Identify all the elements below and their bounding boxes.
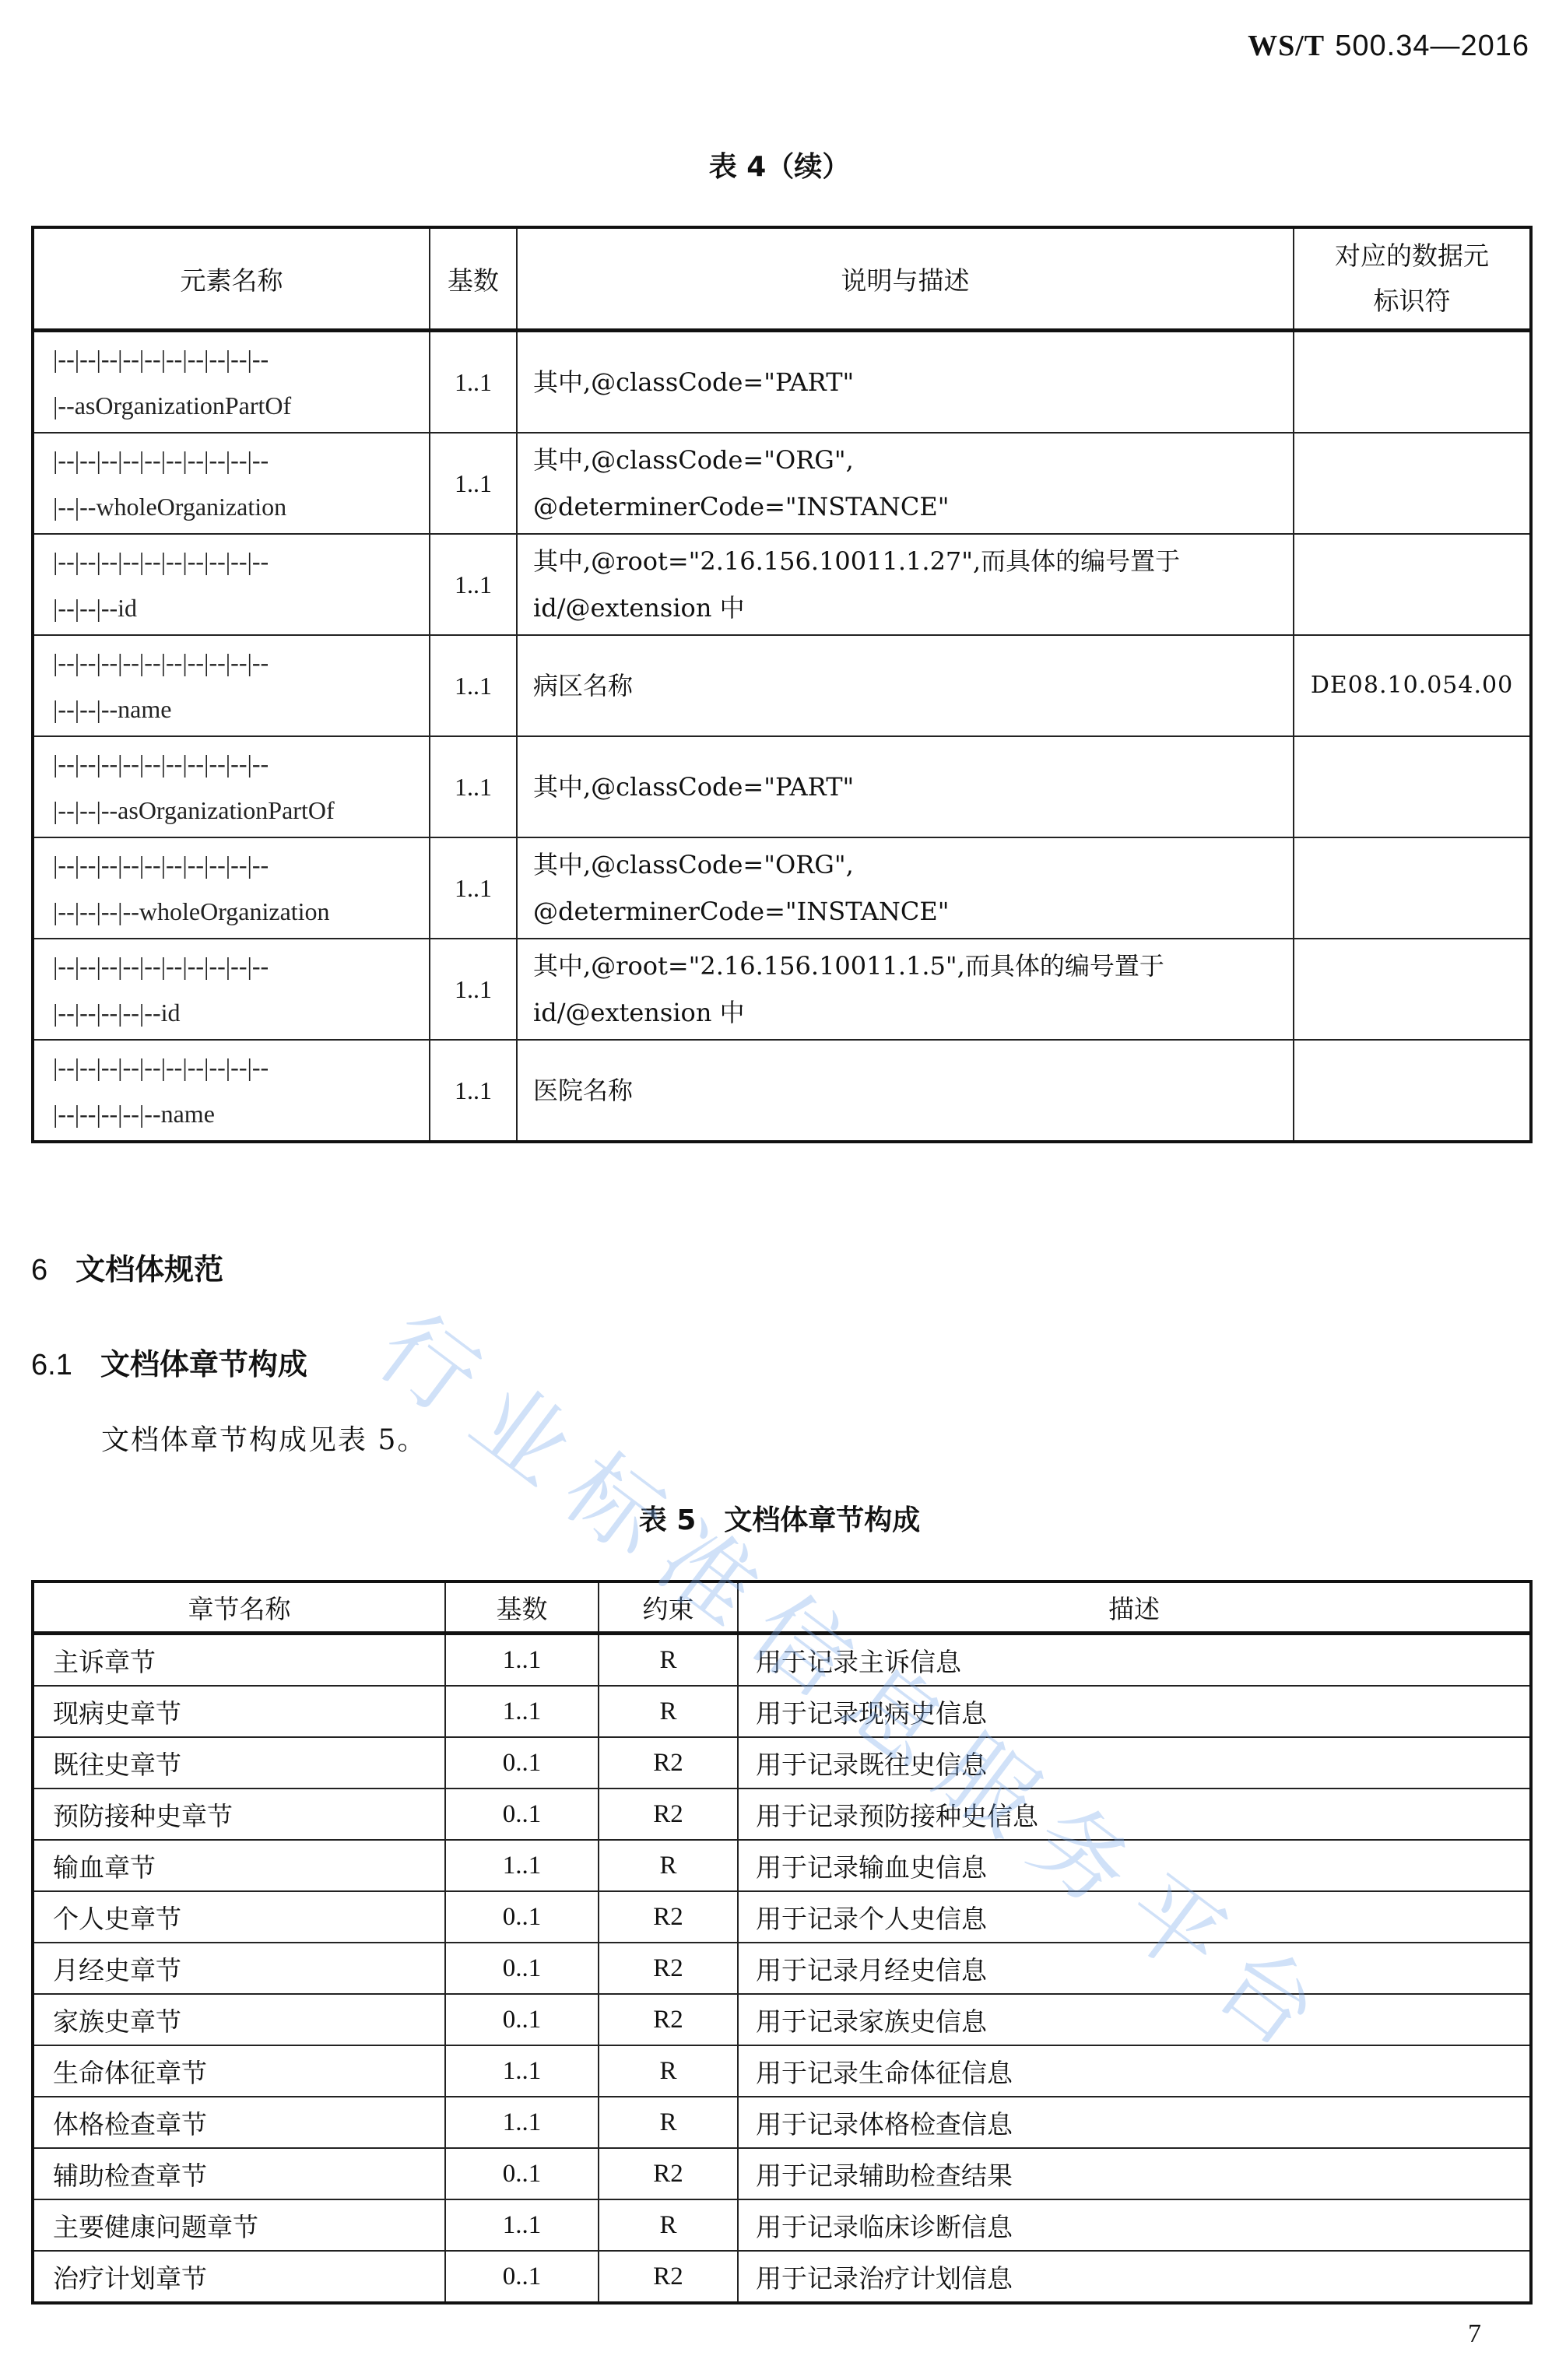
data-element-id-cell xyxy=(1294,736,1531,837)
description-line1: 其中,@root="2.16.156.10011.1.27",而具体的编号置于 xyxy=(533,538,1293,584)
table-row: 家族史章节0..1R2用于记录家族史信息 xyxy=(33,1994,1531,2045)
constraint-cell: R2 xyxy=(599,1789,738,1840)
section-number: 6.1 xyxy=(31,1349,72,1382)
constraint-cell: R xyxy=(599,1634,738,1687)
cardinality-cell: 1..1 xyxy=(445,1634,599,1687)
cardinality-cell: 0..1 xyxy=(445,1737,599,1789)
constraint-cell: R2 xyxy=(599,2148,738,2199)
section-number: 6 xyxy=(31,1254,47,1287)
constraint-cell: R2 xyxy=(599,1994,738,2045)
table5-caption: 表 5 文档体章节构成 xyxy=(0,1498,1559,1538)
standard-prefix: WS/T xyxy=(1248,30,1325,62)
section-name-cell: 现病史章节 xyxy=(33,1686,445,1737)
description-cell: 其中,@classCode="PART" xyxy=(517,736,1294,837)
section-name-cell: 预防接种史章节 xyxy=(33,1789,445,1840)
constraint-cell: R2 xyxy=(599,2251,738,2303)
constraint-cell: R xyxy=(599,2097,738,2148)
section-name-cell: 辅助检查章节 xyxy=(33,2148,445,2199)
cardinality-cell: 0..1 xyxy=(445,2251,599,2303)
column-header-element-name: 元素名称 xyxy=(33,227,430,331)
description-cell: 其中,@classCode="ORG",@determinerCode="INS… xyxy=(517,837,1294,939)
description-cell: 用于记录生命体征信息 xyxy=(738,2045,1531,2097)
data-element-id-cell xyxy=(1294,1040,1531,1142)
element-name-cell: |--|--|--|--|--|--|--|--|--|--|--asOrgan… xyxy=(33,331,430,434)
element-name-cell: |--|--|--|--|--|--|--|--|--|--|--|--|--n… xyxy=(33,635,430,736)
description-cell: 其中,@classCode="ORG",@determinerCode="INS… xyxy=(517,433,1294,534)
table-row: 体格检查章节1..1R用于记录体格检查信息 xyxy=(33,2097,1531,2148)
cardinality-cell: 1..1 xyxy=(445,1686,599,1737)
cardinality-cell: 1..1 xyxy=(445,2199,599,2251)
cardinality-cell: 0..1 xyxy=(445,1789,599,1840)
table-row: 现病史章节1..1R用于记录现病史信息 xyxy=(33,1686,1531,1737)
description-line1: 其中,@root="2.16.156.10011.1.5",而具体的编号置于 xyxy=(533,943,1293,989)
column-header-description: 描述 xyxy=(738,1581,1531,1634)
description-cell: 用于记录现病史信息 xyxy=(738,1686,1531,1737)
table5-header-row: 章节名称 基数 约束 描述 xyxy=(33,1581,1531,1634)
section-name-cell: 月经史章节 xyxy=(33,1943,445,1994)
description-line1: 其中,@classCode="ORG", xyxy=(533,841,1293,888)
cardinality-cell: 0..1 xyxy=(445,1891,599,1943)
description-cell: 用于记录月经史信息 xyxy=(738,1943,1531,1994)
page-number: 7 xyxy=(1468,2319,1481,2349)
section-name-cell: 主诉章节 xyxy=(33,1634,445,1687)
description-line1: 医院名称 xyxy=(533,1067,1293,1114)
element-path-line2: |--|--|--|--|--id xyxy=(53,989,429,1036)
description-line1: 其中,@classCode="ORG", xyxy=(533,437,1293,483)
column-header-constraint: 约束 xyxy=(599,1581,738,1634)
description-line2: @determinerCode="INSTANCE" xyxy=(533,483,1293,530)
constraint-cell: R xyxy=(599,2199,738,2251)
cardinality-cell: 1..1 xyxy=(445,2045,599,2097)
description-cell: 其中,@root="2.16.156.10011.1.27",而具体的编号置于i… xyxy=(517,534,1294,635)
description-cell: 病区名称 xyxy=(517,635,1294,736)
cardinality-cell: 1..1 xyxy=(445,2097,599,2148)
element-path-line2: |--asOrganizationPartOf xyxy=(53,382,429,429)
cardinality-cell: 0..1 xyxy=(445,1943,599,1994)
element-path-line1: |--|--|--|--|--|--|--|--|--|-- xyxy=(53,841,429,888)
element-name-cell: |--|--|--|--|--|--|--|--|--|--|--|--|--|… xyxy=(33,837,430,939)
cardinality-cell: 1..1 xyxy=(430,331,517,434)
data-element-id-cell xyxy=(1294,433,1531,534)
data-element-id-cell xyxy=(1294,331,1531,434)
element-path-line2: |--|--wholeOrganization xyxy=(53,483,429,530)
data-element-id-cell xyxy=(1294,939,1531,1040)
section-name-cell: 体格检查章节 xyxy=(33,2097,445,2148)
constraint-cell: R2 xyxy=(599,1891,738,1943)
cardinality-cell: 0..1 xyxy=(445,2148,599,2199)
column-header-id-line2: 标识符 xyxy=(1294,279,1529,324)
description-cell: 用于记录主诉信息 xyxy=(738,1634,1531,1687)
table-row: 辅助检查章节0..1R2用于记录辅助检查结果 xyxy=(33,2148,1531,2199)
table-row: |--|--|--|--|--|--|--|--|--|--|--|--|--|… xyxy=(33,837,1531,939)
section-title: 文档体章节构成 xyxy=(100,1347,307,1381)
table-row: 主要健康问题章节1..1R用于记录临床诊断信息 xyxy=(33,2199,1531,2251)
section-name-cell: 家族史章节 xyxy=(33,1994,445,2045)
description-cell: 用于记录体格检查信息 xyxy=(738,2097,1531,2148)
description-cell: 用于记录预防接种史信息 xyxy=(738,1789,1531,1840)
cardinality-cell: 1..1 xyxy=(430,534,517,635)
table-row: 治疗计划章节0..1R2用于记录治疗计划信息 xyxy=(33,2251,1531,2303)
cardinality-cell: 0..1 xyxy=(445,1994,599,2045)
section-name-cell: 治疗计划章节 xyxy=(33,2251,445,2303)
element-path-line1: |--|--|--|--|--|--|--|--|--|-- xyxy=(53,639,429,686)
element-name-cell: |--|--|--|--|--|--|--|--|--|--|--|--|--i… xyxy=(33,534,430,635)
element-name-cell: |--|--|--|--|--|--|--|--|--|--|--|--|--|… xyxy=(33,1040,430,1142)
section-6-1-heading: 6.1文档体章节构成 xyxy=(31,1340,307,1383)
table-row: |--|--|--|--|--|--|--|--|--|--|--|--|--i… xyxy=(33,534,1531,635)
description-line1: 其中,@classCode="PART" xyxy=(533,763,1293,810)
table-row: 预防接种史章节0..1R2用于记录预防接种史信息 xyxy=(33,1789,1531,1840)
element-path-line2: |--|--|--id xyxy=(53,584,429,631)
section-title: 文档体规范 xyxy=(75,1252,223,1287)
constraint-cell: R xyxy=(599,1686,738,1737)
description-cell: 用于记录治疗计划信息 xyxy=(738,2251,1531,2303)
table-row: |--|--|--|--|--|--|--|--|--|--|--|--|--|… xyxy=(33,939,1531,1040)
data-element-id-cell: DE08.10.054.00 xyxy=(1294,635,1531,736)
table5: 章节名称 基数 约束 描述 主诉章节1..1R用于记录主诉信息现病史章节1..1… xyxy=(31,1580,1533,2305)
description-line2: id/@extension 中 xyxy=(533,584,1293,631)
description-line1: 其中,@classCode="PART" xyxy=(533,359,1293,405)
element-path-line2: |--|--|--asOrganizationPartOf xyxy=(53,787,429,834)
standard-number: 500.34—2016 xyxy=(1335,30,1529,62)
description-line1: 病区名称 xyxy=(533,662,1293,709)
description-cell: 其中,@root="2.16.156.10011.1.5",而具体的编号置于id… xyxy=(517,939,1294,1040)
data-element-id-cell xyxy=(1294,534,1531,635)
element-path-line1: |--|--|--|--|--|--|--|--|--|-- xyxy=(53,943,429,989)
table-row: 主诉章节1..1R用于记录主诉信息 xyxy=(33,1634,1531,1687)
standard-code: WS/T 500.34—2016 xyxy=(1248,28,1529,63)
element-path-line2: |--|--|--|--wholeOrganization xyxy=(53,888,429,935)
section-name-cell: 既往史章节 xyxy=(33,1737,445,1789)
table-row: |--|--|--|--|--|--|--|--|--|--|--|--|--n… xyxy=(33,635,1531,736)
element-path-line1: |--|--|--|--|--|--|--|--|--|-- xyxy=(53,1044,429,1090)
description-cell: 用于记录既往史信息 xyxy=(738,1737,1531,1789)
constraint-cell: R xyxy=(599,2045,738,2097)
section-name-cell: 个人史章节 xyxy=(33,1891,445,1943)
table-row: |--|--|--|--|--|--|--|--|--|--|--|--|--a… xyxy=(33,736,1531,837)
column-header-description: 说明与描述 xyxy=(517,227,1294,331)
cardinality-cell: 1..1 xyxy=(430,837,517,939)
table-row: |--|--|--|--|--|--|--|--|--|--|--|--whol… xyxy=(33,433,1531,534)
element-path-line1: |--|--|--|--|--|--|--|--|--|-- xyxy=(53,437,429,483)
table-row: 个人史章节0..1R2用于记录个人史信息 xyxy=(33,1891,1531,1943)
table4-caption: 表 4（续） xyxy=(0,145,1559,184)
section-name-cell: 输血章节 xyxy=(33,1840,445,1891)
section-name-cell: 主要健康问题章节 xyxy=(33,2199,445,2251)
table-row: 既往史章节0..1R2用于记录既往史信息 xyxy=(33,1737,1531,1789)
description-cell: 用于记录个人史信息 xyxy=(738,1891,1531,1943)
element-path-line1: |--|--|--|--|--|--|--|--|--|-- xyxy=(53,335,429,382)
table4: 元素名称 基数 说明与描述 对应的数据元 标识符 |--|--|--|--|--… xyxy=(31,226,1533,1143)
element-name-cell: |--|--|--|--|--|--|--|--|--|--|--|--|--|… xyxy=(33,939,430,1040)
cardinality-cell: 1..1 xyxy=(445,1840,599,1891)
constraint-cell: R2 xyxy=(599,1737,738,1789)
table-row: 月经史章节0..1R2用于记录月经史信息 xyxy=(33,1943,1531,1994)
description-line2: id/@extension 中 xyxy=(533,989,1293,1036)
cardinality-cell: 1..1 xyxy=(430,433,517,534)
section-6-heading: 6文档体规范 xyxy=(31,1245,223,1288)
section-name-cell: 生命体征章节 xyxy=(33,2045,445,2097)
constraint-cell: R xyxy=(599,1840,738,1891)
table-row: |--|--|--|--|--|--|--|--|--|--|--|--|--|… xyxy=(33,1040,1531,1142)
table-row: |--|--|--|--|--|--|--|--|--|--|--asOrgan… xyxy=(33,331,1531,434)
constraint-cell: R2 xyxy=(599,1943,738,1994)
section-6-1-paragraph: 文档体章节构成见表 5。 xyxy=(101,1418,427,1458)
column-header-cardinality: 基数 xyxy=(445,1581,599,1634)
cardinality-cell: 1..1 xyxy=(430,1040,517,1142)
description-cell: 用于记录输血史信息 xyxy=(738,1840,1531,1891)
element-path-line2: |--|--|--name xyxy=(53,686,429,732)
element-path-line1: |--|--|--|--|--|--|--|--|--|-- xyxy=(53,538,429,584)
cardinality-cell: 1..1 xyxy=(430,635,517,736)
table-row: 生命体征章节1..1R用于记录生命体征信息 xyxy=(33,2045,1531,2097)
element-name-cell: |--|--|--|--|--|--|--|--|--|--|--|--whol… xyxy=(33,433,430,534)
element-path-line1: |--|--|--|--|--|--|--|--|--|-- xyxy=(53,740,429,787)
column-header-id-line1: 对应的数据元 xyxy=(1294,233,1529,279)
table-row: 输血章节1..1R用于记录输血史信息 xyxy=(33,1840,1531,1891)
element-path-line2: |--|--|--|--|--name xyxy=(53,1090,429,1137)
description-cell: 用于记录临床诊断信息 xyxy=(738,2199,1531,2251)
cardinality-cell: 1..1 xyxy=(430,736,517,837)
column-header-cardinality: 基数 xyxy=(430,227,517,331)
description-cell: 医院名称 xyxy=(517,1040,1294,1142)
element-name-cell: |--|--|--|--|--|--|--|--|--|--|--|--|--a… xyxy=(33,736,430,837)
cardinality-cell: 1..1 xyxy=(430,939,517,1040)
data-element-id-cell xyxy=(1294,837,1531,939)
column-header-data-element-id: 对应的数据元 标识符 xyxy=(1294,227,1531,331)
description-cell: 用于记录辅助检查结果 xyxy=(738,2148,1531,2199)
description-cell: 其中,@classCode="PART" xyxy=(517,331,1294,434)
column-header-section-name: 章节名称 xyxy=(33,1581,445,1634)
description-cell: 用于记录家族史信息 xyxy=(738,1994,1531,2045)
description-line2: @determinerCode="INSTANCE" xyxy=(533,888,1293,935)
table4-header-row: 元素名称 基数 说明与描述 对应的数据元 标识符 xyxy=(33,227,1531,331)
